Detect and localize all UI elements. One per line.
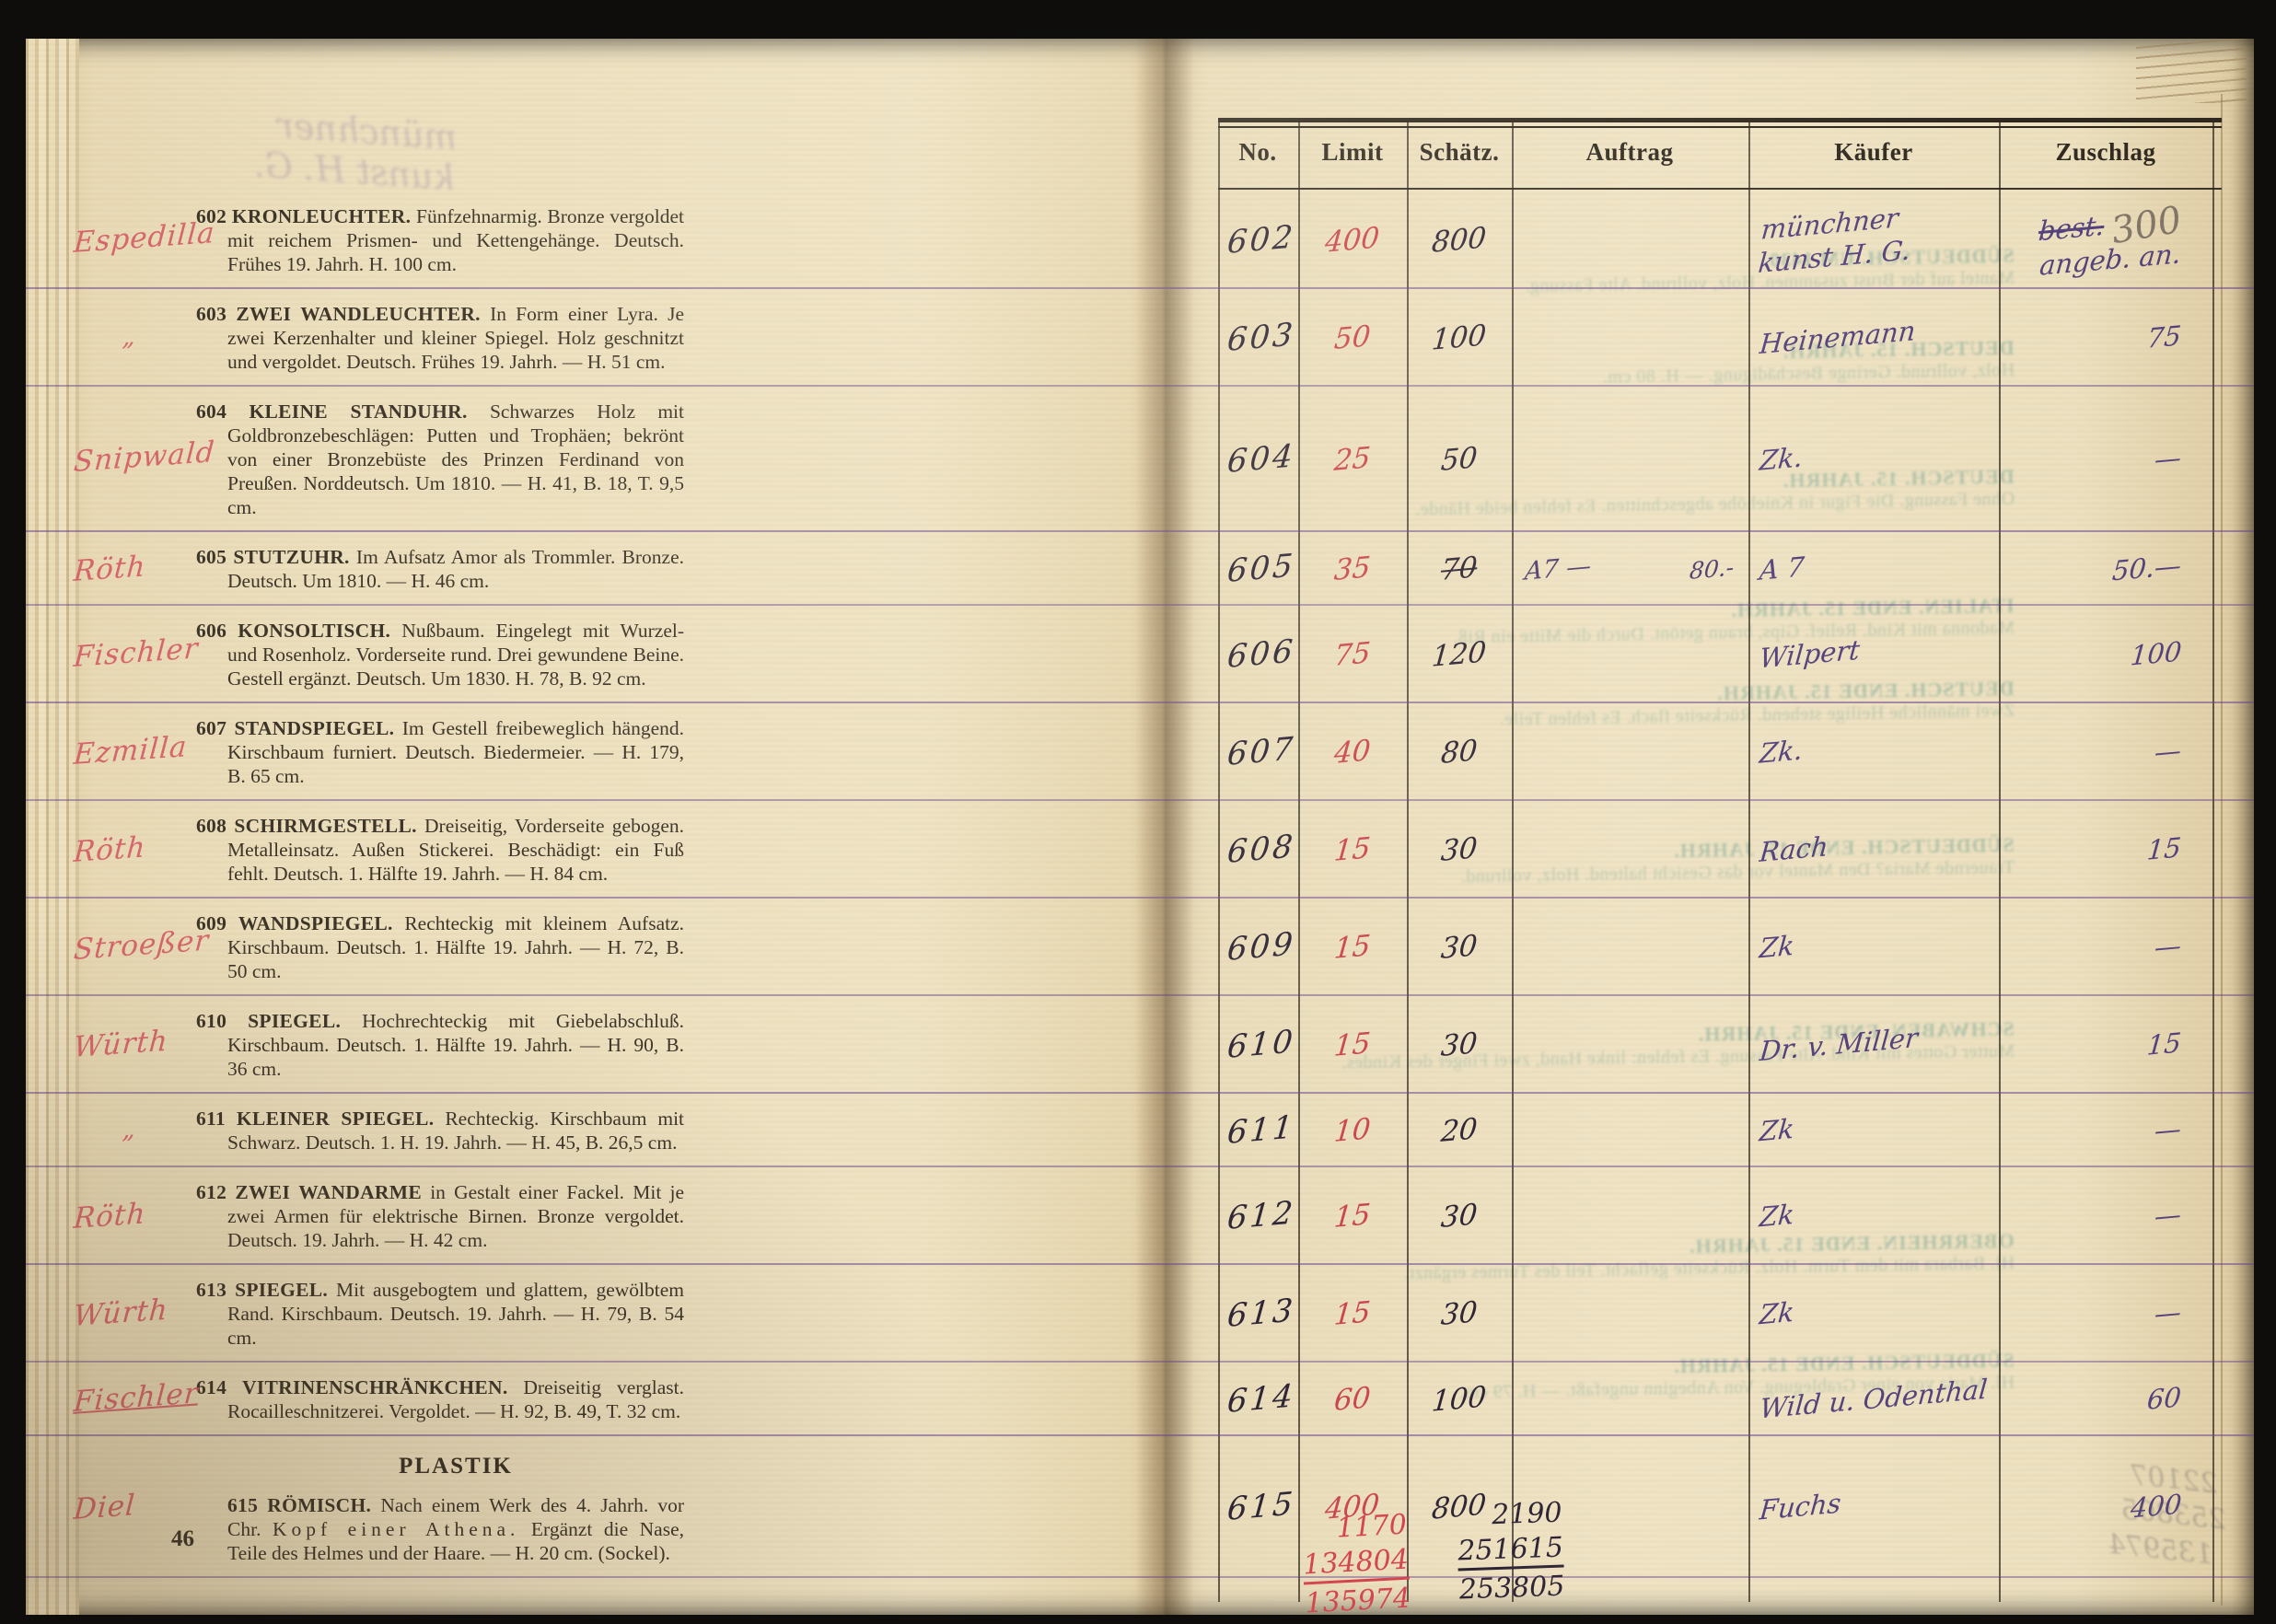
ledger-kaeufer: Zk (1747, 1111, 1795, 1149)
ledger-zuschlag: — (2142, 933, 2213, 963)
lot-description: 614 VITRINENSCHRÄNKCHEN. Dreiseitig verg… (196, 1375, 684, 1423)
lot-title: KRONLEUCHTER. (232, 205, 411, 227)
ledger-no: 613 (1216, 1292, 1296, 1336)
ledger-auftrag-amount (1734, 450, 1748, 451)
scanned-auction-catalog-spread: SÜDDEUTSCH. UM 1430.Mantel auf der Brust… (0, 0, 2276, 1624)
lot-number-print: 606 (196, 620, 226, 642)
ledger-auftrag (1512, 1122, 1748, 1139)
lot-description: 608 SCHIRMGESTELL. Dreiseitig, Vordersei… (196, 814, 684, 886)
column-header-kaeufer: Käufer (1834, 138, 1912, 167)
margin-buyer-name: Snipwald (25, 436, 197, 481)
page-number: 46 (171, 1526, 194, 1552)
ledger-zuschlag-value: 100 (2129, 637, 2182, 671)
lot-title: KONSOLTISCH. (238, 620, 390, 642)
ledger-auftrag-agent (1512, 1133, 1525, 1134)
ledger-kaeufer: Wild u. Odenthal (1748, 1372, 1989, 1426)
ledger-auftrag-amount (1734, 841, 1748, 841)
ledger-auftrag-agent (1512, 1048, 1525, 1049)
ledger-schaetz: 100 (1431, 1380, 1488, 1419)
margin-cell: Röth (26, 552, 196, 586)
column-header-zuschlag: Zuschlag (2055, 138, 2155, 167)
lot-number-print: 615 (227, 1494, 258, 1516)
ledger-zuschlag-crossed: best. (2038, 211, 2106, 246)
lot-number-print: 613 (196, 1279, 226, 1301)
lot-title: SPIEGEL. (248, 1010, 341, 1032)
lot-row: „ 603 ZWEI WANDLEUCHTER. In Form einer L… (26, 289, 2254, 387)
ledger-zuschlag: 15 (2134, 1030, 2212, 1061)
lot-description: 611 KLEINER SPIEGEL. Rechteckig. Kirschb… (196, 1107, 684, 1154)
margin-cell: Würth (26, 1297, 196, 1330)
column-header-schaetz: Schätz. (1420, 138, 1500, 167)
ledger-schaetz: 120 (1431, 635, 1488, 674)
lot-title: STUTZUHR. (233, 546, 349, 568)
ledger-zuschlag-value: 50.— (2111, 551, 2183, 586)
ledger-no: 610 (1216, 1023, 1296, 1067)
ledger-kaeufer: Heinemann (1748, 314, 1917, 363)
lot-number-print: 610 (196, 1010, 226, 1032)
lot-number-print: 614 (196, 1376, 226, 1398)
lot-number-print: 603 (196, 303, 226, 325)
lot-description: 606 KONSOLTISCH. Nußbaum. Eingelegt mit … (196, 619, 684, 690)
ledger-limit: 40 (1333, 734, 1372, 771)
lot-row: Stroeßer 609 WANDSPIEGEL. Rechteckig mit… (26, 899, 2254, 996)
ledger-auftrag: A7 — 80.- (1512, 555, 1748, 584)
ledger-auftrag-amount (1734, 1305, 1748, 1305)
lot-row: Snipwald 604 KLEINE STANDUHR. Schwarzes … (26, 387, 2254, 532)
margin-buyer-name: „ (25, 318, 197, 358)
ledger-no: 614 (1216, 1377, 1296, 1421)
bottom-zone: 46 1170 134804 135974 2190 251615 253805… (26, 1519, 2254, 1615)
ledger-schaetz: 30 (1440, 1295, 1479, 1332)
ledger-zuschlag: 100 (2117, 640, 2212, 670)
ledger-zuschlag: — (2142, 1201, 2213, 1232)
ledger-auftrag-agent (1512, 341, 1525, 342)
ledger-auftrag-agent (1512, 462, 1525, 463)
ledger-auftrag-amount (1734, 645, 1748, 646)
ledger-auftrag-amount (1734, 1390, 1748, 1391)
ledger-auftrag-agent (1512, 755, 1525, 756)
lot-number-print: 605 (196, 546, 226, 568)
ledger-kaeufer: Zk (1747, 1294, 1795, 1332)
schaetz-total-sum: 253805 (1458, 1565, 1565, 1607)
ledger-auftrag (1512, 1037, 1748, 1053)
lot-number-print: 611 (196, 1108, 226, 1130)
ledger-zuschlag-value: 60 (2146, 1383, 2183, 1415)
ledger-auftrag-agent (1512, 657, 1525, 658)
ledger-limit: 15 (1333, 1198, 1372, 1235)
lot-description: 602 KRONLEUCHTER. Fünfzehnarmig. Bronze … (196, 204, 684, 276)
lot-description: 610 SPIEGEL. Hochrechteckig mit Giebelab… (196, 1009, 684, 1081)
ledger-no: 611 (1216, 1108, 1296, 1153)
column-header-no: No. (1238, 138, 1276, 167)
ledger-auftrag (1512, 330, 1748, 346)
lot-number-print: 607 (196, 717, 226, 739)
ledger-no: 604 (1216, 437, 1296, 481)
ledger-no: 603 (1216, 316, 1296, 360)
ledger-zuschlag-value: 15 (2146, 1028, 2183, 1061)
ledger-no: 606 (1216, 632, 1296, 677)
ledger-kaeufer: Wilpert (1748, 632, 1862, 676)
ledger-auftrag-agent (1512, 1402, 1525, 1403)
lot-description: 613 SPIEGEL. Mit ausgebogtem und glattem… (196, 1278, 684, 1350)
ledger-auftrag-agent (1512, 950, 1525, 951)
ledger-zuschlag-value: 75 (2146, 321, 2183, 354)
ledger-auftrag-amount (1734, 1207, 1748, 1208)
ledger-limit: 15 (1333, 929, 1372, 966)
ledger-schaetz: 70 (1440, 551, 1479, 587)
ledger-zuschlag-value: — (2154, 736, 2183, 768)
ledger-zuschlag-value: — (2154, 1114, 2183, 1146)
ledger-auftrag-agent (1512, 243, 1525, 244)
lot-row: „ 611 KLEINER SPIEGEL. Rechteckig. Kirsc… (26, 1094, 2254, 1167)
margin-cell: Snipwald (26, 443, 196, 476)
ledger-zuschlag: — (2142, 737, 2213, 768)
lot-description: 612 ZWEI WANDARME in Gestalt einer Facke… (196, 1180, 684, 1252)
ledger-zuschlag: 400 (2117, 1492, 2212, 1523)
lot-title: STANDSPIEGEL. (235, 717, 395, 739)
lot-row: Fischler 606 KONSOLTISCH. Nußbaum. Einge… (26, 606, 2254, 703)
table-top-rule-2 (1218, 126, 2222, 128)
schaetz-total-line-2: 251615 (1457, 1531, 1564, 1567)
bleedthrough-number: 135974 (2107, 1528, 2215, 1572)
margin-cell: Ezmilla (26, 736, 196, 769)
table-header-bottom-rule (1218, 188, 2222, 190)
ledger-zuschlag-value: — (2154, 1297, 2183, 1329)
ledger-kaeufer: Rach (1748, 829, 1830, 870)
ledger-zuschlag: — (2142, 445, 2213, 475)
ledger-no: 612 (1216, 1194, 1296, 1238)
ledger-limit: 25 (1333, 441, 1372, 478)
ledger-auftrag-agent (1512, 853, 1525, 853)
ledger-zuschlag: 60 (2134, 1385, 2212, 1415)
lot-title: KLEINE STANDUHR. (249, 400, 467, 423)
lot-number-print: 612 (196, 1181, 226, 1203)
ledger-limit: 50 (1333, 319, 1372, 356)
ledger-zuschlag: 50.— (2098, 554, 2212, 585)
lot-row: Fischler 614 VITRINENSCHRÄNKCHEN. Dreise… (26, 1363, 2254, 1436)
margin-buyer-name: Fischler (25, 1376, 197, 1421)
ledger-auftrag (1512, 1305, 1748, 1322)
margin-buyer-name: Würth (25, 1022, 197, 1067)
ledger-zuschlag-value: — (2154, 1200, 2183, 1232)
lot-title: KLEINER SPIEGEL. (237, 1108, 434, 1130)
ledger-schaetz: 30 (1440, 1198, 1479, 1235)
ledger-auftrag (1512, 232, 1748, 249)
ledger-kaeufer: Zk (1747, 1197, 1795, 1235)
ledger-zuschlag: — (2142, 1299, 2213, 1329)
ledger-auftrag (1512, 1391, 1748, 1408)
ledger-schaetz: 20 (1440, 1112, 1479, 1149)
ledger-auftrag-amount (1734, 1036, 1748, 1037)
schaetz-total-line-1: 2190 (1492, 1497, 1563, 1532)
ledger-kaeufer: Zk (1747, 928, 1795, 966)
lot-row: Ezmilla 607 STANDSPIEGEL. Im Gestell fre… (26, 703, 2254, 801)
ledger-zuschlag-value: 15 (2146, 833, 2183, 865)
margin-buyer-name: Röth (25, 827, 197, 872)
lot-title: SCHIRMGESTELL. (234, 815, 416, 837)
ledger-no: 605 (1216, 547, 1296, 591)
ledger-zuschlag-value: angeb. an. (2038, 239, 2182, 282)
margin-buyer-name: Röth (25, 546, 197, 591)
ledger-zuschlag-value: — (2154, 931, 2183, 963)
margin-buyer-name: Fischler (25, 632, 197, 677)
lot-title: ZWEI WANDLEUCHTER. (236, 303, 481, 325)
ledger-zuschlag: best. 300 angeb. an. (1999, 205, 2212, 276)
lot-description: 609 WANDSPIEGEL. Rechteckig mit kleinem … (196, 911, 684, 983)
ledger-no: 602 (1216, 218, 1296, 262)
ledger-auftrag-amount (1734, 1121, 1748, 1122)
lot-row: Würth 613 SPIEGEL. Mit ausgebogtem und g… (26, 1265, 2254, 1363)
lot-title: VITRINENSCHRÄNKCHEN. (242, 1376, 508, 1398)
ledger-zuschlag: — (2142, 1116, 2213, 1146)
ledger-limit: 75 (1333, 636, 1372, 673)
lot-description: 603 ZWEI WANDLEUCHTER. In Form einer Lyr… (196, 302, 684, 374)
ledger-limit: 400 (1324, 221, 1381, 260)
ledger-schaetz: 50 (1440, 441, 1479, 478)
ledger-auftrag (1512, 744, 1748, 760)
margin-buyer-name: „ (25, 1110, 197, 1151)
ledger-kaeufer: Zk. (1748, 440, 1805, 479)
margin-buyer-name: Röth (25, 1193, 197, 1238)
ledger-limit: 35 (1333, 551, 1372, 587)
ledger-auftrag-amount (1734, 329, 1748, 330)
lot-title: RÖMISCH. (267, 1494, 371, 1516)
ledger-auftrag (1512, 1208, 1748, 1224)
ledger-no: 609 (1216, 925, 1296, 969)
lot-rows: Espedilla 602 KRONLEUCHTER. Fünfzehnarmi… (26, 191, 2254, 1578)
margin-buyer-name: Würth (25, 1291, 197, 1336)
lot-title: WANDSPIEGEL. (238, 912, 393, 934)
ledger-auftrag (1512, 451, 1748, 468)
margin-buyer-name: Stroeßer (25, 924, 197, 969)
ledger-schaetz: 30 (1440, 1027, 1479, 1063)
paper-spread: SÜDDEUTSCH. UM 1430.Mantel auf der Brust… (26, 39, 2254, 1615)
lot-title: ZWEI WANDARME (235, 1181, 422, 1203)
ledger-auftrag-agent: A7 — (1511, 551, 1593, 587)
lot-description: 607 STANDSPIEGEL. Im Gestell freibewegli… (196, 716, 684, 788)
ledger-no: 607 (1216, 730, 1296, 774)
lot-number-print: 604 (196, 400, 226, 423)
ledger-auftrag-amount: 80.- (1689, 552, 1750, 585)
margin-cell: Würth (26, 1028, 196, 1061)
page-corner-stack (2136, 39, 2247, 103)
lot-row: Espedilla 602 KRONLEUCHTER. Fünfzehnarmi… (26, 191, 2254, 289)
ledger-limit: 15 (1333, 831, 1372, 868)
ledger-zuschlag-value: — (2154, 443, 2183, 475)
ledger-zuschlag: 15 (2134, 835, 2212, 865)
margin-cell: Röth (26, 1200, 196, 1233)
ledger-schaetz: 30 (1440, 929, 1479, 966)
ledger-auftrag-amount (1734, 1498, 1748, 1499)
lot-row: Röth 612 ZWEI WANDARME in Gestalt einer … (26, 1167, 2254, 1265)
ledger-limit: 60 (1333, 1381, 1372, 1418)
lot-description: 604 KLEINE STANDUHR. Schwarzes Holz mit … (196, 400, 684, 519)
margin-cell: Espedilla (26, 224, 196, 257)
ledger-limit: 10 (1333, 1112, 1372, 1149)
ledger-auftrag-amount (1734, 743, 1748, 744)
ledger-kaeufer: münchner kunst H. G. (1746, 200, 1915, 282)
ledger-limit: 15 (1333, 1027, 1372, 1063)
ledger-auftrag (1512, 841, 1748, 858)
table-top-rule (1218, 118, 2222, 122)
ledger-auftrag-amount (1734, 938, 1748, 939)
margin-cell: Stroeßer (26, 931, 196, 964)
ledger-schaetz: 800 (1431, 221, 1488, 260)
ledger-kaeufer: Dr. v. Miller (1748, 1021, 1920, 1070)
ledger-kaeufer: Zk. (1748, 733, 1805, 771)
margin-cell: „ (26, 1117, 196, 1145)
margin-cell: Fischler (26, 1383, 196, 1416)
margin-buyer-name: Ezmilla (25, 729, 197, 774)
margin-cell: „ (26, 324, 196, 353)
ledger-auftrag (1512, 939, 1748, 956)
section-heading: PLASTIK (227, 1455, 684, 1479)
lot-description: 605 STUTZUHR. Im Aufsatz Amor als Tromml… (196, 545, 684, 593)
margin-buyer-name: Espedilla (25, 217, 197, 262)
column-header-limit: Limit (1322, 138, 1384, 167)
bleedthrough-handwriting: münchner kunst H. G. (253, 104, 459, 199)
lot-number-print: 608 (196, 815, 226, 837)
ledger-auftrag (1512, 646, 1748, 663)
margin-cell: Röth (26, 833, 196, 866)
ledger-schaetz: 80 (1440, 734, 1479, 771)
lot-title: SPIEGEL. (235, 1279, 328, 1301)
ledger-schaetz: 30 (1440, 831, 1479, 868)
ledger-schaetz: 100 (1431, 319, 1488, 357)
column-header-auftrag: Auftrag (1586, 138, 1674, 167)
lot-row: Würth 610 SPIEGEL. Hochrechteckig mit Gi… (26, 996, 2254, 1094)
ledger-auftrag-agent (1512, 1317, 1525, 1317)
schaetz-column-totals: 2190 251615 253805 (1377, 1496, 1565, 1610)
ledger-auftrag-amount (1734, 231, 1748, 232)
lot-row: Röth 605 STUTZUHR. Im Aufsatz Amor als T… (26, 532, 2254, 606)
ledger-auftrag-agent (1512, 1219, 1525, 1220)
ledger-zuschlag: 75 (2134, 323, 2212, 354)
ledger-no: 608 (1216, 828, 1296, 872)
ledger-kaeufer: A 7 (1748, 550, 1806, 588)
lot-row: Röth 608 SCHIRMGESTELL. Dreiseitig, Vord… (26, 801, 2254, 899)
ledger-limit: 15 (1333, 1295, 1372, 1332)
margin-cell: Fischler (26, 638, 196, 671)
